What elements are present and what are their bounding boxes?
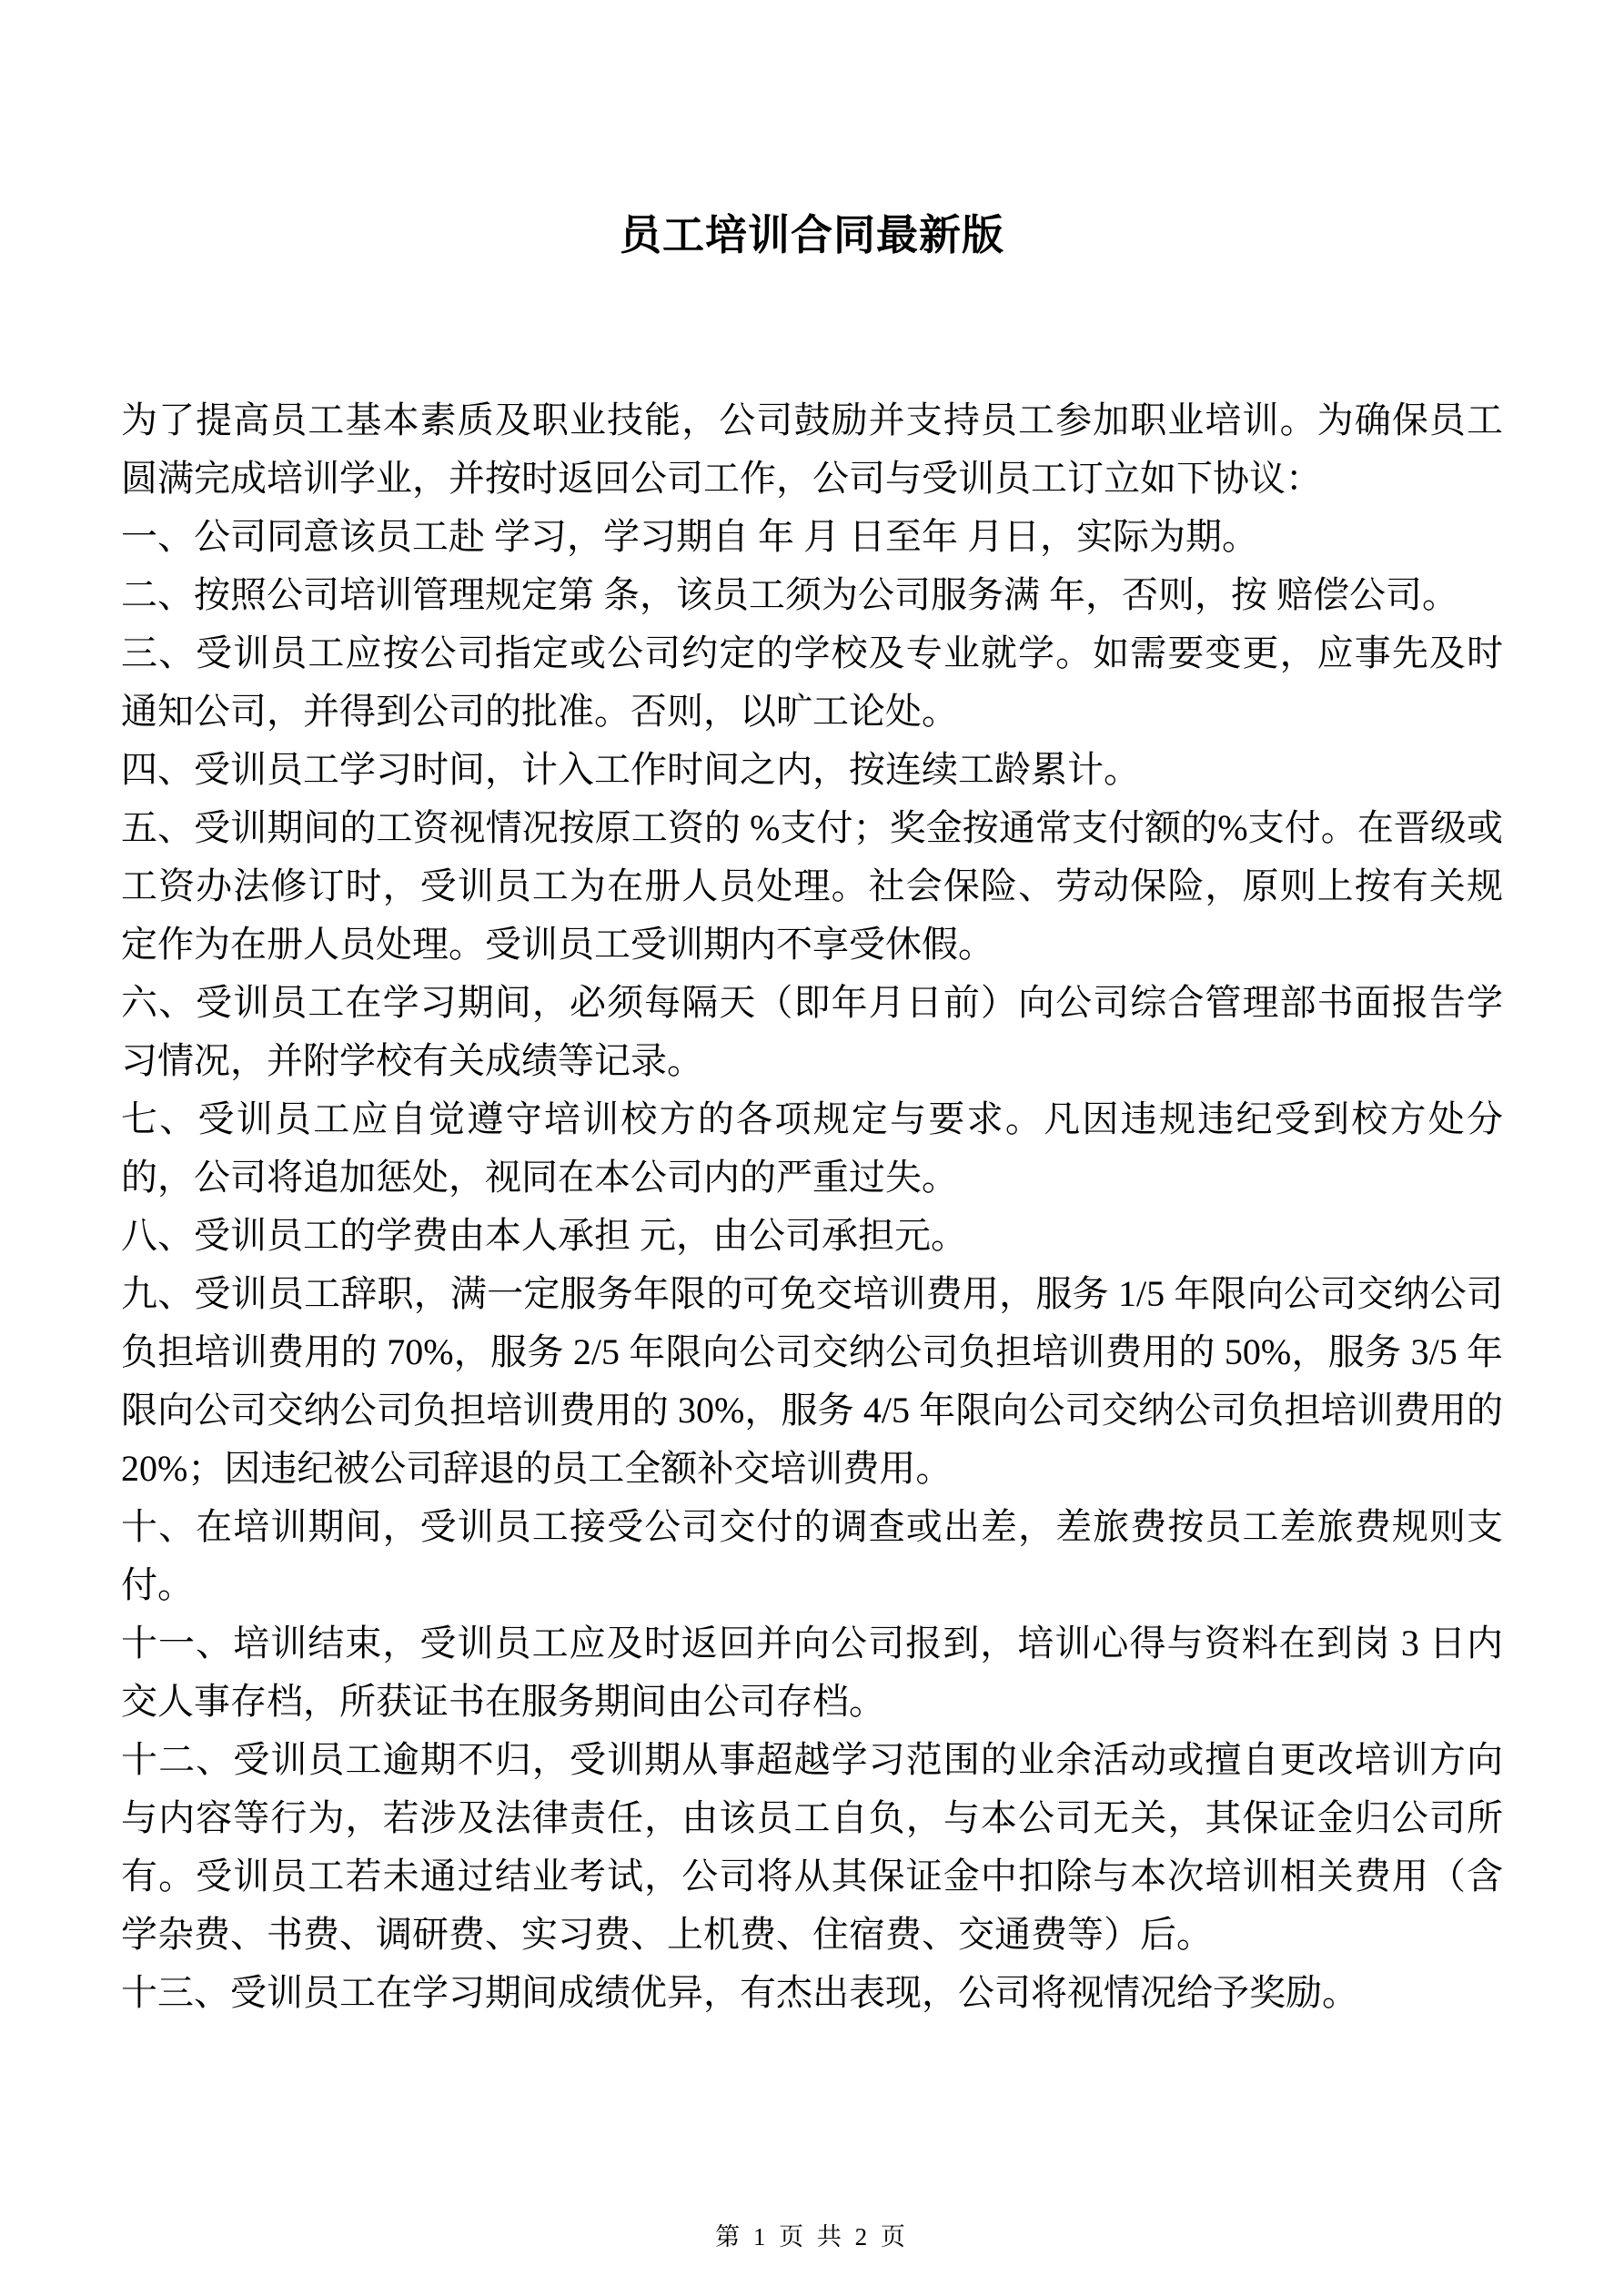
clause-paragraph-13: 十三、受训员工在学习期间成绩优异，有杰出表现，公司将视情况给予奖励。 bbox=[121, 1964, 1503, 2022]
clause-paragraph-4: 四、受训员工学习时间，计入工作时间之内，按连续工龄累计。 bbox=[121, 741, 1503, 799]
clause-paragraph-5: 五、受训期间的工资视情况按原工资的 %支付；奖金按通常支付额的%支付。在晋级或工… bbox=[121, 799, 1503, 974]
page-number-indicator: 第 1 页 共 2 页 bbox=[715, 2223, 909, 2250]
clause-paragraph-1: 一、公司同意该员工赴 学习，学习期自 年 月 日至年 月日，实际为期。 bbox=[121, 508, 1503, 566]
document-title: 员工培训合同最新版 bbox=[121, 207, 1503, 264]
clause-paragraph-11: 十一、培训结束，受训员工应及时返回并向公司报到，培训心得与资料在到岗 3 日内交… bbox=[121, 1614, 1503, 1731]
document-page: 员工培训合同最新版 为了提高员工基本素质及职业技能，公司鼓励并支持员工参加职业培… bbox=[0, 0, 1624, 2296]
page-footer: 第 1 页 共 2 页 bbox=[0, 2217, 1624, 2252]
clause-paragraph-6: 六、受训员工在学习期间，必须每隔天（即年月日前）向公司综合管理部书面报告学习情况… bbox=[121, 974, 1503, 1090]
clause-paragraph-12: 十二、受训员工逾期不归，受训期从事超越学习范围的业余活动或擅自更改培训方向与内容… bbox=[121, 1731, 1503, 1964]
clause-paragraph-8: 八、受训员工的学费由本人承担 元，由公司承担元。 bbox=[121, 1207, 1503, 1265]
intro-paragraph: 为了提高员工基本素质及职业技能，公司鼓励并支持员工参加职业培训。为确保员工圆满完… bbox=[121, 391, 1503, 508]
clause-paragraph-10: 十、在培训期间，受训员工接受公司交付的调查或出差，差旅费按员工差旅费规则支付。 bbox=[121, 1498, 1503, 1614]
clause-paragraph-9: 九、受训员工辞职，满一定服务年限的可免交培训费用，服务 1/5 年限向公司交纳公… bbox=[121, 1265, 1503, 1498]
clause-paragraph-2: 二、按照公司培训管理规定第 条，该员工须为公司服务满 年，否则，按 赔偿公司。 bbox=[121, 566, 1503, 624]
clause-paragraph-7: 七、受训员工应自觉遵守培训校方的各项规定与要求。凡因违规违纪受到校方处分的，公司… bbox=[121, 1090, 1503, 1207]
clause-paragraph-3: 三、受训员工应按公司指定或公司约定的学校及专业就学。如需要变更，应事先及时通知公… bbox=[121, 624, 1503, 741]
